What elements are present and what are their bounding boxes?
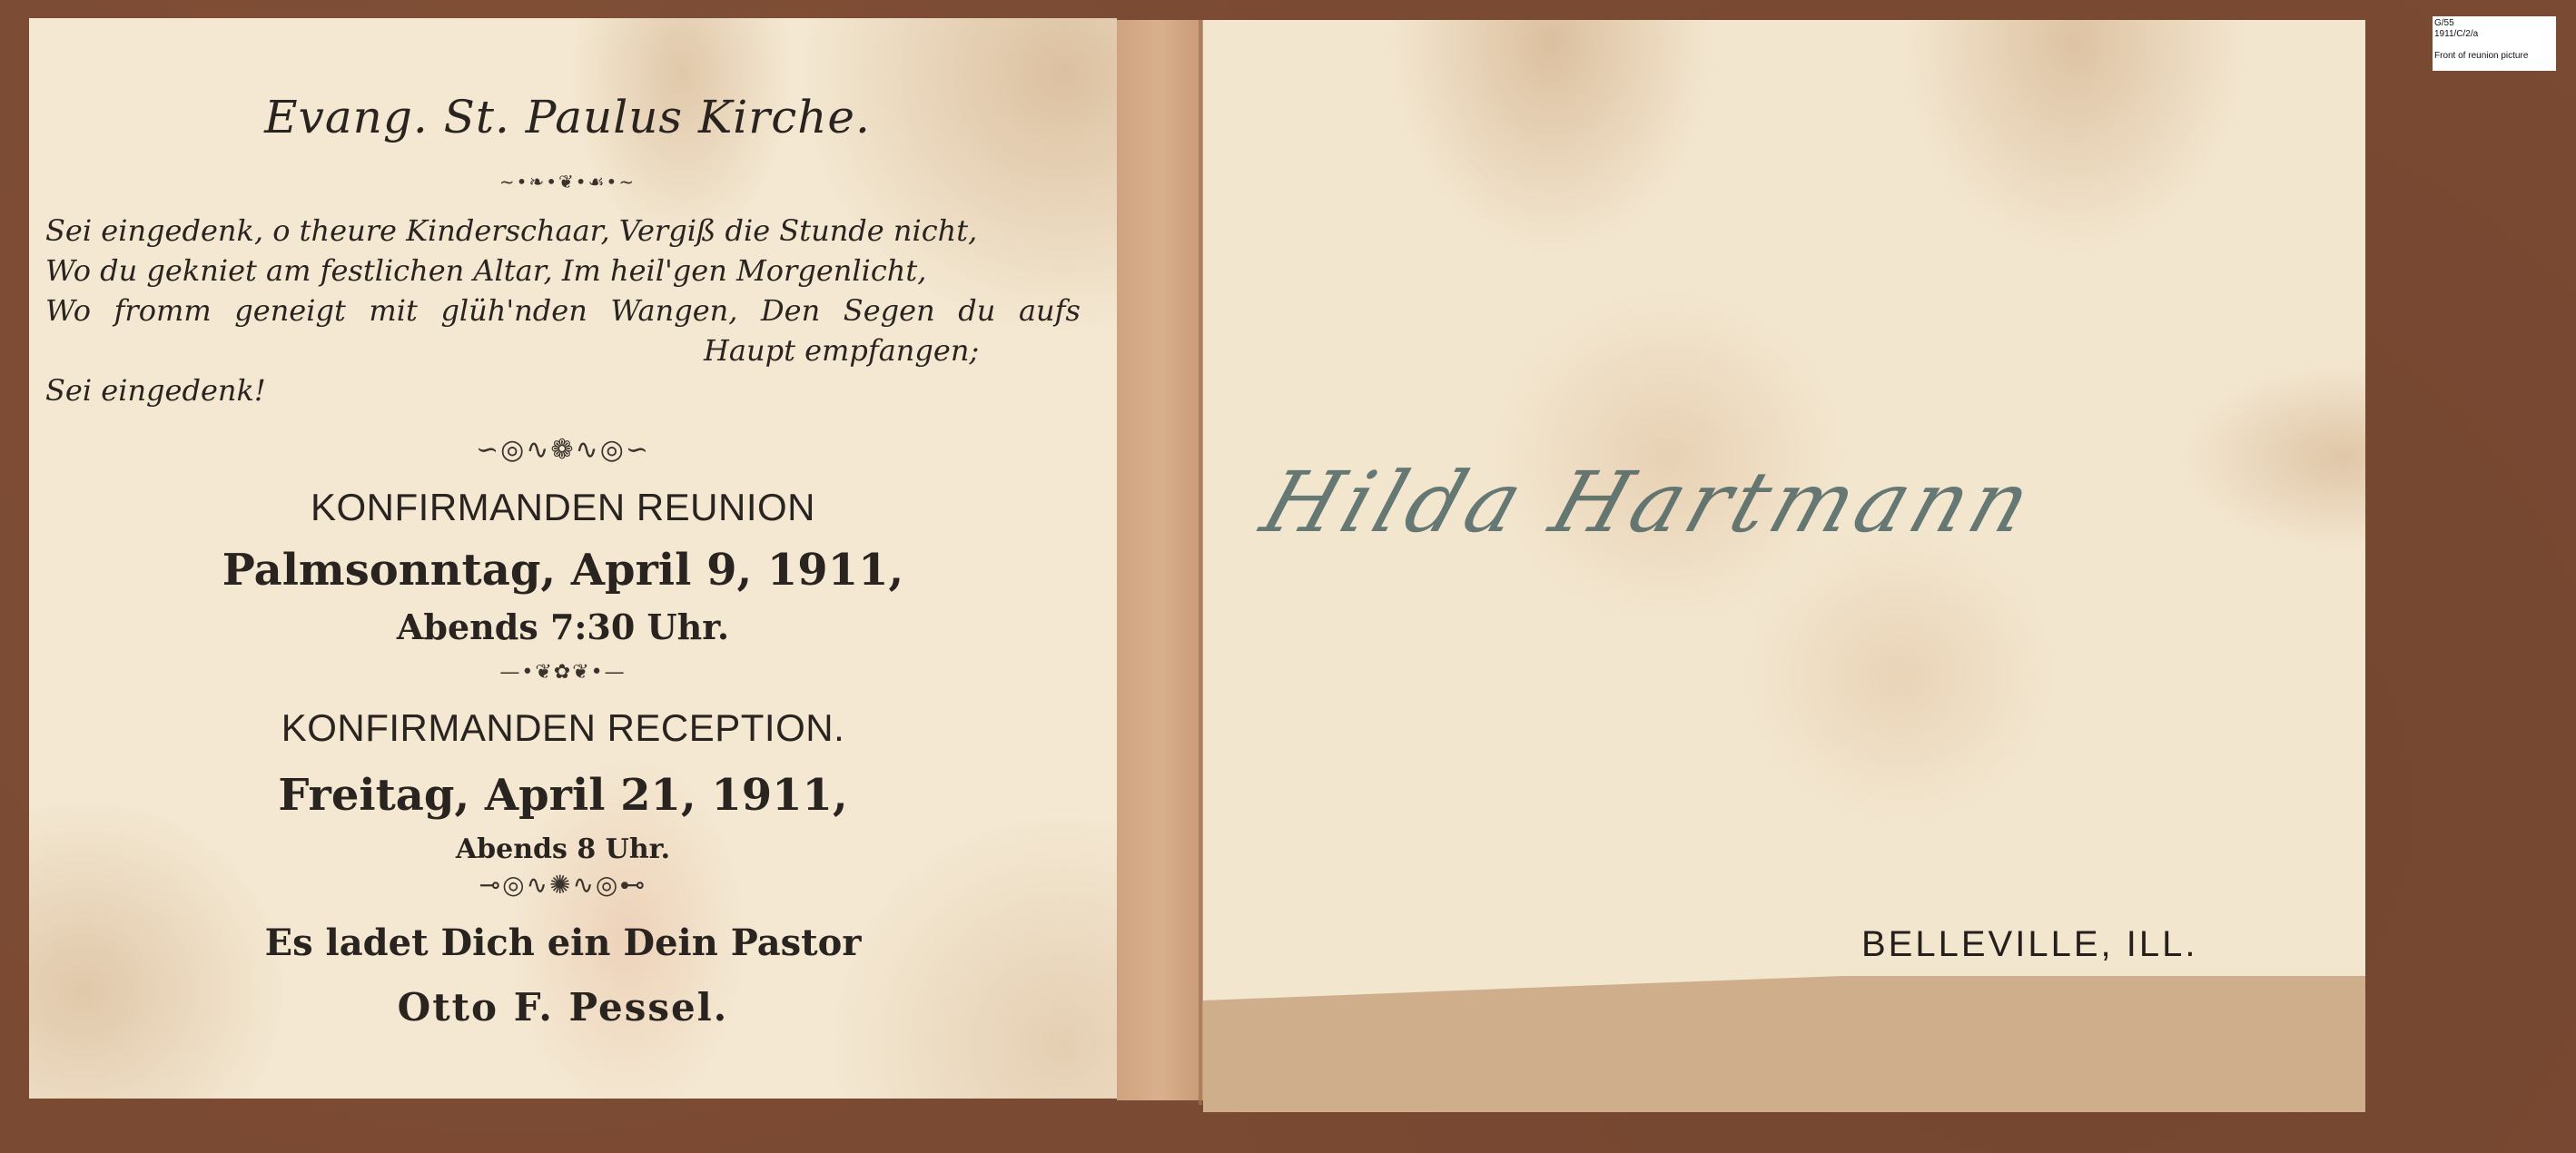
reception-heading: KONFIRMANDEN RECEPTION. xyxy=(200,706,926,750)
archive-id: G/55 xyxy=(2434,18,2554,29)
ornament-icon: ~•❧•❦•☙•~ xyxy=(454,171,681,192)
floral-ornament-icon: ∽◎∿❁∿◎∽ xyxy=(436,434,690,466)
poem-word: Wangen, xyxy=(610,291,737,330)
poem-word: mit xyxy=(369,291,417,330)
reunion-heading: KONFIRMANDEN REUNION xyxy=(200,486,926,529)
poem-line: Haupt empfangen; xyxy=(45,330,1090,370)
poem-word: glüh'nden xyxy=(440,291,587,330)
poem-line: Sei eingedenk, o theure Kinderschaar, Ve… xyxy=(45,211,1090,251)
pastor-name: Otto F. Pessel. xyxy=(200,985,926,1030)
reception-time: Abends 8 Uhr. xyxy=(200,833,926,865)
poem-word: Den xyxy=(761,291,820,330)
poem-line: Wo fromm geneigt mit glüh'nden Wangen, D… xyxy=(45,291,1081,330)
scroll-ornament-icon: ⊸◎∿✺∿◎⊷ xyxy=(445,870,681,900)
poem-word: fromm xyxy=(114,291,212,330)
archive-description: Front of reunion picture xyxy=(2434,51,2554,62)
poem: Sei eingedenk, o theure Kinderschaar, Ve… xyxy=(45,211,1090,410)
poem-word: du xyxy=(958,291,995,330)
poem-word: Wo xyxy=(45,291,91,330)
poem-line: Wo du gekniet am festlichen Altar, Im he… xyxy=(45,251,1090,291)
poem-word: geneigt xyxy=(234,291,346,330)
invitation-text: Es ladet Dich ein Dein Pastor xyxy=(200,921,926,964)
church-title: Evang. St. Paulus Kirche. xyxy=(182,91,953,143)
divider-ornament-icon: —•❦✿❦•— xyxy=(454,661,672,684)
poem-word: Segen xyxy=(844,291,935,330)
stain-band xyxy=(1203,976,2365,1112)
archive-label: G/55 1911/C/2/a Front of reunion picture xyxy=(2433,16,2556,71)
reunion-time: Abends 7:30 Uhr. xyxy=(200,606,926,647)
archive-reference: 1911/C/2/a xyxy=(2434,29,2554,40)
handwritten-signature: Hilda Hartmann xyxy=(1251,454,2373,551)
place-name: BELLEVILLE, ILL. xyxy=(1861,924,2197,965)
card-fold-strip xyxy=(1117,20,1203,1100)
fold-crease xyxy=(1199,20,1202,1105)
poem-line: Sei eingedenk! xyxy=(45,370,1090,410)
reception-date: Freitag, April 21, 1911, xyxy=(200,770,926,821)
poem-word: aufs xyxy=(1019,291,1081,330)
reunion-date: Palmsonntag, April 9, 1911, xyxy=(200,545,926,596)
